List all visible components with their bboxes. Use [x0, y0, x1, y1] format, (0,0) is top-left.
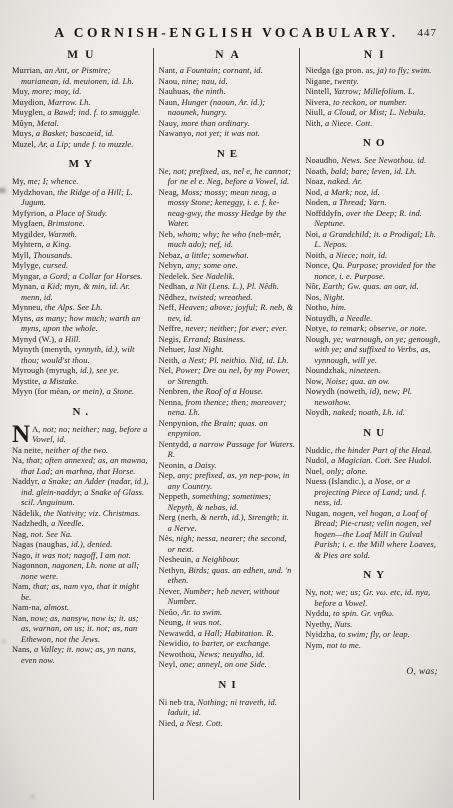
gloss-text: Moss; mossy; mean neag, a mossy Stone; k…	[168, 188, 287, 229]
dictionary-entry: Nawanyo, not yet; it was not.	[159, 129, 296, 140]
gloss-text: a Kid; myn, & min, id. Ar. menn, id.	[21, 282, 130, 302]
gloss-text: nogen, vel hogan, a Loaf of Bread; Pie-c…	[314, 509, 436, 560]
headword: Notye,	[305, 324, 328, 333]
dictionary-entry: Nym, not to me.	[305, 641, 442, 652]
headword: Nuel,	[305, 467, 324, 476]
headword: Nagas (naughas,	[12, 540, 69, 549]
headword: Mûyn,	[12, 119, 35, 128]
headword: Noith,	[305, 251, 327, 260]
gloss-text: a Valley; it. now; as, yn nans, even now…	[21, 645, 136, 665]
headword: Myns,	[12, 314, 34, 323]
dictionary-entry: Nant, a Fountain; cornant, id.	[159, 66, 296, 77]
headword: My,	[12, 177, 25, 186]
headword: Neb,	[159, 230, 175, 239]
headword: Myll,	[12, 251, 31, 260]
dictionary-entry: Mystite, a Mistake.	[12, 377, 149, 388]
gloss-text: a Hill.	[56, 335, 80, 344]
gloss-text: me; I; whence.	[25, 177, 78, 186]
dictionary-entry: Nough, ye; warnough, on ye; genough, wit…	[305, 335, 442, 367]
headword: Nenbren,	[159, 387, 191, 396]
gloss-text: the Alps. See Lh.	[43, 303, 103, 312]
gloss-text: a Nest. Cott.	[178, 719, 223, 728]
headword: Nethyn,	[159, 566, 186, 575]
dictionary-entry: Newothou, News; neuydho, id.	[159, 650, 296, 661]
dictionary-entry: Mylyge, cursed.	[12, 261, 149, 272]
headword: Nenpynion,	[159, 419, 199, 428]
dictionary-entry: Nâdelik, the Nativity; viz. Christmas.	[12, 509, 149, 520]
headword: Notuydh,	[305, 314, 337, 323]
gloss-text: the ninth.	[191, 87, 226, 96]
dictionary-entry: Nuel, only; alone.	[305, 467, 442, 478]
dictionary-entry: Nauy, more than ordinary.	[159, 119, 296, 130]
headword: Neith,	[159, 356, 180, 365]
headword: Noath,	[305, 167, 328, 176]
headword: Nesheuin,	[159, 555, 194, 564]
column-letter-heading: NI	[305, 48, 442, 66]
gloss-text: more; moy, id.	[30, 87, 82, 96]
headword: Nehuer,	[159, 345, 186, 354]
gloss-text: Brimstone.	[45, 219, 85, 228]
headword: Ne,	[159, 167, 171, 176]
gloss-text: a Daisy.	[186, 461, 216, 470]
headword: Newawdd,	[159, 629, 196, 638]
headword: Nadzhedh,	[12, 519, 49, 528]
headword: Neonin,	[159, 461, 186, 470]
gloss-text: to barter, or exchange.	[190, 639, 271, 648]
headword: Noydh,	[305, 408, 331, 417]
headword: Neûo,	[159, 608, 180, 617]
dictionary-entry: Myll, Thousands.	[12, 251, 149, 262]
headword: Nonce,	[305, 261, 330, 270]
column-letter-heading: NA	[159, 48, 296, 66]
dictionary-entry: Nudol, a Magician. Cott. See Hudol.	[305, 456, 442, 467]
gloss-text: id.), denied.	[69, 540, 113, 549]
dictionary-entry: Noith, a Niece; noit, id.	[305, 251, 442, 262]
dictionary-entry: Nyddu, to spin. Gr. νηθω.	[305, 609, 442, 620]
dictionary-entry: Muy, more; moy, id.	[12, 87, 149, 98]
gloss-text: Errand; Business.	[181, 335, 245, 344]
dictionary-entry: Noden, a Thread; Yarn.	[305, 198, 442, 209]
dictionary-entry: Nonce, Qu. Purpose; provided for the non…	[305, 261, 442, 282]
dictionary-entry: Nuddic, the hinder Part of the Head.	[305, 446, 442, 457]
headword: Nauhuas,	[159, 87, 191, 96]
headword: Nedelek.	[159, 272, 190, 281]
dictionary-entry: Mydzhovan, the Ridge of a Hill; L. Jugum…	[12, 188, 149, 209]
gloss-text: nigh; nessa, nearer; the second, or next…	[168, 534, 287, 554]
headword: Mygfaen,	[12, 219, 45, 228]
dictionary-entry: Niull, a Cloud, or Mist; L. Nebula.	[305, 108, 442, 119]
gloss-text: from thence; then; moreover; nena. Lh.	[168, 398, 287, 418]
dictionary-entry: Ne, not; prefixed, as, nel e, he cannot;…	[159, 167, 296, 188]
dictionary-entry: Myngar, a Gord; a Collar for Horses.	[12, 272, 149, 283]
dictionary-entry: Noffddyfn, over the Deep; R. ind. Neptun…	[305, 209, 442, 230]
headword: Nyddu,	[305, 609, 331, 618]
headword: Mystite,	[12, 377, 41, 386]
gloss-text: never; neither; for ever; ever.	[183, 324, 287, 333]
gloss-text: Thousands.	[31, 251, 73, 260]
dictionary-entry: Neb, whom; why; he who (neb-mêr, much ad…	[159, 230, 296, 251]
headword: Nebyn,	[159, 261, 184, 270]
headword: Nudol,	[305, 456, 329, 465]
gloss-text: a Bawd; ind. f. to smuggle.	[45, 108, 140, 117]
headword: Nuddic,	[305, 446, 332, 455]
gloss-text: not. See Na.	[28, 530, 72, 539]
dictionary-entry: Na neite, neither of the two.	[12, 446, 149, 457]
gloss-text: News; neuydho, id.	[197, 650, 265, 659]
headword: Nans,	[12, 645, 32, 654]
gloss-text: a Fountain; cornant, id.	[178, 66, 263, 75]
gloss-text: nineteen.	[347, 366, 381, 375]
gloss-text: a Grandchild; it. a Prodigal; Lh. L. Nep…	[314, 230, 436, 250]
headword: Nêdhez,	[159, 293, 187, 302]
headword: Nan,	[12, 614, 28, 623]
dictionary-entry: Muydion, Marrow. Lh.	[12, 98, 149, 109]
dictionary-entry: Neith, a Nest; Pl. neithio. Nid, id. Lh.	[159, 356, 296, 367]
gloss-text: News. See Newothou. id.	[339, 156, 426, 165]
dictionary-entry: Nêdhez, twisted; wreathed.	[159, 293, 296, 304]
dictionary-entry: Notho, him.	[305, 303, 442, 314]
gloss-text: Birds; quas. an edhen, und. 'n ethen.	[168, 566, 292, 586]
headword: Nôr,	[305, 282, 320, 291]
dictionary-entry: Niedga (ga pron. as, ja) to fly; swim.	[305, 66, 442, 77]
dictionary-entry: Myfyrion, a Place of Study.	[12, 209, 149, 220]
headword: Nag,	[12, 530, 28, 539]
gloss-text: Qu. Purpose; provided for the nonce, i. …	[314, 261, 436, 281]
gloss-text: now; as, nansyw, now is; it. us; as, war…	[21, 614, 139, 644]
gloss-text: whom; why; he who (neb-mêr, much ado); n…	[168, 230, 282, 250]
dictionary-entry: Nintell, Yarrow; Millefolium. L.	[305, 87, 442, 98]
dictionary-entry: Nenbren, the Roof of a House.	[159, 387, 296, 398]
gloss-text: to swim; fly, or leap.	[337, 630, 410, 639]
headword: Niedga (ga pron. as,	[305, 66, 375, 75]
gloss-text: ja) to fly; swim.	[375, 66, 431, 75]
headword: Nerg (nerh,	[159, 513, 199, 522]
dictionary-entry: Nuess (Islandic.), a Nose, or a projecti…	[305, 477, 442, 509]
dictionary-entry: Nans, a Valley; it. now; as, yn nans, ev…	[12, 645, 149, 666]
dictionary-entry: Nep, any; prefixed, as, yn nep-pow, in a…	[159, 471, 296, 492]
gloss-text: the Roof of a House.	[190, 387, 263, 396]
gloss-text: that; often annexed; as, an mawna, that …	[21, 456, 148, 476]
headword: Muyglen,	[12, 108, 45, 117]
dictionary-entry: Neyl, one; anneyl, on one Side.	[159, 660, 296, 671]
gloss-text: it was not; nagoff, I am not.	[33, 551, 131, 560]
dictionary-entry: Nos, Night.	[305, 293, 442, 304]
dictionary-entry: Nam-na, almost.	[12, 603, 149, 614]
gloss-text: Noise; qua. an ow.	[324, 377, 390, 386]
gloss-text: a Cloud, or Mist; L. Nebula.	[325, 108, 425, 117]
gloss-text: See Nadelik.	[189, 272, 234, 281]
gloss-text: a Neighbour.	[193, 555, 240, 564]
text-column-ni: NINiedga (ga pron. as, ja) to fly; swim.…	[299, 48, 446, 800]
dictionary-entry: Nel, Power; Dre ou nel, by my Power, or …	[159, 366, 296, 387]
dictionary-entry: My, me; I; whence.	[12, 177, 149, 188]
dictionary-entry: Now, Noise; qua. an ow.	[305, 377, 442, 388]
headword: Nos,	[305, 293, 321, 302]
headword: Murrian,	[12, 66, 42, 75]
gloss-text: a Mark; noz, id.	[322, 188, 380, 197]
gloss-text: a Mistake.	[41, 377, 79, 386]
dictionary-entry: Nagas (naughas, id.), denied.	[12, 540, 149, 551]
headword: Nith,	[305, 119, 322, 128]
headword: Mynyd (W.),	[12, 335, 56, 344]
gloss-text: a Gord; a Collar for Horses.	[41, 272, 142, 281]
gloss-text: cursed.	[41, 261, 68, 270]
dictionary-entry: Nedelek. See Nadelik.	[159, 272, 296, 283]
headword: Nedhan,	[159, 282, 188, 291]
headword: Neppeth,	[159, 492, 190, 501]
dictionary-entry: Nentydd, a narrow Passage for Waters. R.	[159, 440, 296, 461]
headword: Now,	[305, 377, 323, 386]
dictionary-entry: Noundzhak, nineteen.	[305, 366, 442, 377]
dictionary-entry: Negis, Errand; Business.	[159, 335, 296, 346]
gloss-text: to spin. Gr. νηθω.	[331, 609, 394, 618]
headword: Neung,	[159, 618, 184, 627]
headword: Notho,	[305, 303, 329, 312]
section-heading: MY	[17, 158, 149, 170]
headword: Nod,	[305, 188, 322, 197]
headword: Muzel,	[12, 140, 36, 149]
section-heading: N.	[17, 406, 149, 418]
gloss-text: Power; Dre ou nel, by my Power, or Stren…	[168, 366, 290, 386]
gloss-text: a Hall; Habitation. R.	[196, 629, 274, 638]
gloss-text: ye; warnough, on ye; genough, with ye; a…	[314, 335, 440, 365]
gloss-text: the hinder Part of the Head.	[333, 446, 432, 455]
gloss-text: Metal.	[35, 119, 59, 128]
dictionary-entry: Nesheuin, a Neighbour.	[159, 555, 296, 566]
dictionary-entry: Newidio, to barter, or exchange.	[159, 639, 296, 650]
dictionary-entry: Mynan, a Kid; myn, & min, id. Ar. menn, …	[12, 282, 149, 303]
dictionary-entry: Nenpynion, the Brain; quas. an enpynion.	[159, 419, 296, 440]
dictionary-entry: Neff, Heaven; above; joyful; R. neb, & n…	[159, 303, 296, 324]
section-heading: NI	[164, 679, 296, 691]
gloss-text: Night.	[321, 293, 345, 302]
dictionary-entry: Nugan, nogen, vel hogan, a Loaf of Bread…	[305, 509, 442, 562]
headword: Nugan,	[305, 509, 330, 518]
dictionary-entry: Noaudho, News. See Newothou. id.	[305, 156, 442, 167]
page-title: A CORNISH-ENGLISH VOCABULARY.	[54, 25, 398, 41]
dictionary-entry: Nyidzha, to swim; fly, or leap.	[305, 630, 442, 641]
dictionary-entry: Nebaz, a little; somewhat.	[159, 251, 296, 262]
headword: Neyl,	[159, 660, 178, 669]
headword: Nago,	[12, 551, 33, 560]
gloss-text: a King.	[44, 240, 72, 249]
gloss-text: Warmth.	[46, 230, 77, 239]
gloss-text: to reckon, or number.	[331, 98, 407, 107]
dictionary-entry: Nod, a Mark; noz, id.	[305, 188, 442, 199]
dictionary-entry: Mygilder, Warmth.	[12, 230, 149, 241]
dictionary-entry: Naou, nine; nau, id.	[159, 77, 296, 88]
gloss-text: Marrow. Lh.	[46, 98, 91, 107]
page-number: 447	[418, 27, 438, 39]
headword: Naun,	[159, 98, 180, 107]
headword: Noden,	[305, 198, 330, 207]
headword: Mydzhovan,	[12, 188, 55, 197]
headword: Mylyge,	[12, 261, 41, 270]
dictionary-entry: Muys, a Basket; bascaeid, id.	[12, 129, 149, 140]
section-heading: NY	[310, 569, 442, 581]
gloss-text: it was not.	[184, 618, 222, 627]
headword: Nough,	[305, 335, 331, 344]
headword: Mynneu,	[12, 303, 43, 312]
gloss-text: a Niece; noit, id.	[327, 251, 387, 260]
dictionary-entry: Nebyn, any; some one.	[159, 261, 296, 272]
gloss-text: a Thread; Yarn.	[330, 198, 386, 207]
headword: Nebaz,	[159, 251, 183, 260]
headword: Nep,	[159, 471, 175, 480]
gloss-text: to remark; observe, or note.	[329, 324, 428, 333]
headword: Myfyrion,	[12, 209, 47, 218]
gloss-text: not; prefixed, as, nel e, he cannot; for…	[168, 167, 291, 187]
headword: Na neite,	[12, 446, 43, 455]
headword: Nagonnon,	[12, 561, 50, 570]
headword: Neag,	[159, 188, 179, 197]
scan-artifact	[2, 640, 6, 643]
headword: Ny,	[305, 588, 317, 597]
dictionary-entry: Muzel, Ar. a Lip; unde f. to muzzle.	[12, 140, 149, 151]
dictionary-entry: Mynyd (W.), a Hill.	[12, 335, 149, 346]
gloss-text: a Needle.	[338, 314, 373, 323]
headword: Nintell,	[305, 87, 331, 96]
dictionary-entry: Myrough (myrugh, id.), see ye.	[12, 366, 149, 377]
gloss-text: Hunger (naoun, Ar. id.); naounek, hungry…	[168, 98, 266, 118]
dictionary-entry: Noi, a Grandchild; it. a Prodigal; Lh. L…	[305, 230, 442, 251]
dictionary-entry: Nigane, twenty.	[305, 77, 442, 88]
dictionary-entry: Nam, that; as, nam vyo, that it might be…	[12, 582, 149, 603]
gloss-text: a Needle.	[49, 519, 84, 528]
headword: Nym,	[305, 641, 324, 650]
dictionary-entry: Notye, to remark; observe, or note.	[305, 324, 442, 335]
headword: Nyethy,	[305, 620, 332, 629]
section-heading: NO	[310, 137, 442, 149]
gloss-text: id.), see ye.	[78, 366, 119, 375]
gloss-text: that; as, nam vyo, that it might be.	[21, 582, 139, 602]
gloss-text: him.	[329, 303, 346, 312]
headword: Nel,	[159, 366, 174, 375]
gloss-text: twenty.	[332, 77, 358, 86]
gloss-text: naked; noath, Lh. id.	[331, 408, 405, 417]
gloss-text: last Night.	[186, 345, 224, 354]
headword: Nam-na,	[12, 603, 42, 612]
headword: Nenna,	[159, 398, 184, 407]
headword: Newothou,	[159, 650, 197, 659]
gloss-text: or mein), a Stone.	[70, 387, 134, 396]
headword: Nowydh (noweth,	[305, 387, 367, 396]
gloss-text: Earth; Gw. quas. an oar, id.	[321, 282, 419, 291]
dictionary-entry: Neung, it was not.	[159, 618, 296, 629]
dictionary-entry: Notuydh, a Needle.	[305, 314, 442, 325]
dictionary-entry: Neppeth, something; sometimes; Nepyth, &…	[159, 492, 296, 513]
headword: Neffre,	[159, 324, 184, 333]
headword: Nyidzha,	[305, 630, 336, 639]
dictionary-entry: Nerg (nerh, & nerth, id.), Strength; it.…	[159, 513, 296, 534]
gloss-text: a Niece. Cott.	[323, 119, 373, 128]
dictionary-entry: Nag, not. See Na.	[12, 530, 149, 541]
gloss-text: a Magician. Cott. See Hudol.	[329, 456, 432, 465]
headword: Negis,	[159, 335, 181, 344]
headword: Neff,	[159, 303, 177, 312]
dictionary-entry: Myhtern, a King.	[12, 240, 149, 251]
headword: Nès,	[159, 534, 175, 543]
gloss-text: not yet; it was not.	[194, 129, 260, 138]
columns: MUMurrian, an Ant, or Pismire; murianean…	[0, 48, 453, 800]
gloss-text: a Nit (Lens. L.), Pl. Nêdh.	[188, 282, 279, 291]
gloss-text: Heaven; above; joyful; R. neb, & nev, id…	[168, 303, 294, 323]
dictionary-entry: Mynyth (menyth, vynnyth, id.), wilt thou…	[12, 345, 149, 366]
dictionary-entry: Neag, Moss; mossy; mean neag, a mossy St…	[159, 188, 296, 230]
drop-cap: N	[12, 425, 32, 445]
dictionary-entry: Never, Number; heb never, without Number…	[159, 587, 296, 608]
gloss-text: any; prefixed, as, yn nep-pow, in any Co…	[168, 471, 290, 491]
text-column-mu: MUMurrian, an Ant, or Pismire; murianean…	[7, 48, 153, 800]
dictionary-entry: Nied, a Nest. Cott.	[159, 719, 296, 730]
gloss-text: Ar. a Lip; unde f. to muzzle.	[36, 140, 133, 149]
headword: Nam,	[12, 582, 31, 591]
gloss-text: a Basket; bascaeid, id.	[34, 129, 115, 138]
dictionary-entry: Naddyr, a Snake; an Adder (nadar, id.), …	[12, 477, 149, 509]
dictionary-entry: Nethyn, Birds; quas. an edhen, und. 'n e…	[159, 566, 296, 587]
headword: Muydion,	[12, 98, 46, 107]
headword: Na,	[12, 456, 24, 465]
column-letter-heading: MU	[12, 48, 149, 66]
gloss-text: the Nativity; viz. Christmas.	[41, 509, 140, 518]
dictionary-entry: Nadzhedh, a Needle.	[12, 519, 149, 530]
headword: Myrough (myrugh,	[12, 366, 78, 375]
dictionary-entry: Neonin, a Daisy.	[159, 461, 296, 472]
dictionary-entry: Nyethy, Nuts.	[305, 620, 442, 631]
gloss-text: neither of the two.	[43, 446, 108, 455]
dictionary-entry: Muyglen, a Bawd; ind. f. to smuggle.	[12, 108, 149, 119]
headword: Naddyr,	[12, 477, 40, 486]
headword: Newidio,	[159, 639, 191, 648]
gloss-text: Ar. to swim.	[179, 608, 222, 617]
dictionary-entry: Myns, as many; how much; warth an myns, …	[12, 314, 149, 335]
dictionary-entry: NA, not; no; neither; nag, before a Vowe…	[12, 425, 149, 446]
dictionary-entry: Nan, now; as, nansyw, now is; it. us; as…	[12, 614, 149, 646]
dictionary-entry: Mûyn, Metal.	[12, 119, 149, 130]
dictionary-entry: Nauhuas, the ninth.	[159, 87, 296, 98]
dictionary-entry: Ny, not; we; us; Gr. νω. etc, id. nya, b…	[305, 588, 442, 609]
headword: Myyn (for mèan,	[12, 387, 70, 396]
dictionary-entry: Nès, nigh; nessa, nearer; the second, or…	[159, 534, 296, 555]
headword: Nant,	[159, 66, 178, 75]
gloss-text: naked. Ar.	[326, 177, 363, 186]
gloss-text: nine; nau, id.	[179, 77, 227, 86]
gloss-text: a little; somewhat.	[183, 251, 249, 260]
dictionary-entry: Naun, Hunger (naoun, Ar. id.); naounek, …	[159, 98, 296, 119]
dictionary-entry: Murrian, an Ant, or Pismire; murianean, …	[12, 66, 149, 87]
gloss-text: Number; heb never, without Number.	[168, 587, 280, 607]
dictionary-entry: Nehuer, last Night.	[159, 345, 296, 356]
dictionary-entry: Mynneu, the Alps. See Lh.	[12, 303, 149, 314]
headword: Niull,	[305, 108, 325, 117]
gloss-text: a Place of Study.	[47, 209, 107, 218]
dictionary-entry: Nenna, from thence; then; moreover; nena…	[159, 398, 296, 419]
headword: Nawanyo,	[159, 129, 194, 138]
dictionary-entry: Neffre, never; neither; for ever; ever.	[159, 324, 296, 335]
gloss-text: more than ordinary.	[179, 119, 250, 128]
headword: Noundzhak,	[305, 366, 347, 375]
dictionary-entry: Nowydh (noweth, id), new; Pl. newothow.	[305, 387, 442, 408]
dictionary-entry: Noydh, naked; noath, Lh. id.	[305, 408, 442, 419]
headword: Noaz,	[305, 177, 325, 186]
gloss-text: a Snake; an Adder (nadar, id.), ind. gle…	[21, 477, 148, 507]
dictionary-entry: Na, that; often annexed; as, an mawna, t…	[12, 456, 149, 477]
dictionary-entry: Nago, it was not; nagoff, I am not.	[12, 551, 149, 562]
gloss-text: twisted; wreathed.	[187, 293, 253, 302]
headword: Nâdelik,	[12, 509, 41, 518]
gloss-text: as many; how much; warth an myns, upon t…	[21, 314, 140, 334]
headword: Noi,	[305, 230, 320, 239]
